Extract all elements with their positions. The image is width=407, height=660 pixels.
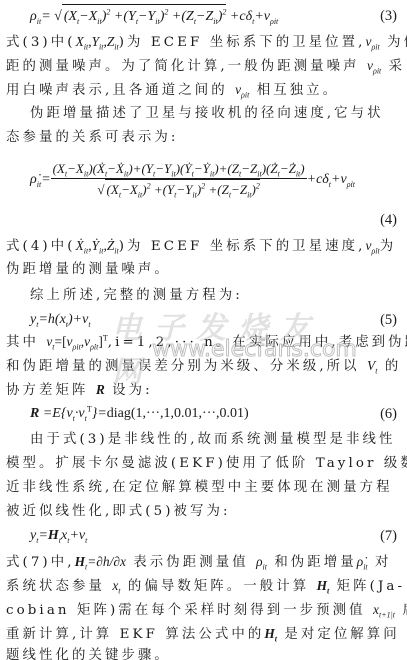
paragraph-line: 被近似线性化,即式(5)被写为:	[6, 502, 399, 522]
paragraph-line: 其中 vt=[vρit,vρ̇it]T,i=1,2,··· n。在实际应用中,考…	[6, 332, 399, 353]
paragraph-line: 模型。扩展卡尔曼滤波(EKF)使用了低阶 Taylor 级数逼	[6, 454, 399, 474]
paper-page: ρit= √(Xt−Xit)2 +(Yt−Yit)2 +(Zt−Zit)2 +c…	[0, 0, 407, 660]
paragraph-line: 式(7)中,Ht=∂h/∂x 表示伪距测量值 ρit 和伪距增量ρ̇it 对	[6, 552, 399, 573]
equation-number: (3)	[380, 4, 397, 28]
paragraph-line: 由于式(3)是非线性的,故而系统测量模型是非线性	[30, 430, 399, 450]
paragraph-line: 重新计算,计算 EKF 算法公式中的Ht 是对定位解算问	[6, 624, 399, 645]
paragraph-line: 态参量的关系可表示为:	[6, 128, 399, 148]
paragraph-line: 式(3)中(Xit,Yit,Zit)为 ECEF 坐标系下的卫星位置,vρit …	[6, 32, 399, 53]
paragraph-line: 用白噪声表示,且各通道之间的 vρit 相互独立。	[6, 80, 399, 101]
equation-7-body: yt=Htxt+vt	[30, 524, 87, 548]
paragraph-line: 伪距增量的测量噪声。	[6, 260, 399, 280]
paragraph-line: 距的测量噪声。为了简化计算,一般伪距测量噪声 vρit 采	[6, 56, 399, 77]
equation-3-body: ρit= √(Xt−Xit)2 +(Yt−Yit)2 +(Zt−Zit)2 +c…	[30, 4, 278, 29]
paragraph-line: 伪距增量描述了卫星与接收机的径向速度,它与状	[30, 104, 399, 124]
equation-3: ρit= √(Xt−Xit)2 +(Yt−Yit)2 +(Zt−Zit)2 +c…	[0, 4, 407, 28]
equation-number: (6)	[380, 402, 397, 426]
paragraph-line: 系统状态参量 xt 的偏导数矩阵。一般计算 Ht 矩阵(Ja-	[6, 576, 399, 597]
equation-4-body: ρ̇it= (Xt−Xit)(Ẋt−Ẋit)+(Yt−Yit)(Ẏt−Ẏit)+…	[30, 160, 355, 200]
equation-6: R =E{vt·vtT}=diag(1,···,1,0.01,···,0.01)…	[0, 402, 407, 426]
paragraph-line: 题线性化的关键步骤。	[6, 646, 399, 660]
paragraph-line: 近非线性系统,在定位解算模型中主要体现在测量方程	[6, 478, 399, 498]
equation-6-body: R =E{vt·vtT}=diag(1,···,1,0.01,···,0.01)	[30, 402, 249, 426]
equation-5-body: yt=h(xt)+vt	[30, 308, 91, 332]
equation-number: (7)	[380, 524, 397, 548]
equation-number: (5)	[380, 308, 397, 332]
paragraph-line: 综上所述,完整的测量方程为:	[30, 286, 399, 306]
equation-5: yt=h(xt)+vt (5)	[0, 308, 407, 332]
equation-4: ρ̇it= (Xt−Xit)(Ẋt−Ẋit)+(Yt−Yit)(Ẏt−Ẏit)+…	[0, 160, 407, 208]
paragraph-line: 协方差矩阵 R 设为:	[6, 380, 399, 401]
equation-4-number-row: (4)	[0, 208, 407, 232]
paragraph-line: 和伪距增量的测量误差分别为米级、分米级,所以 Vt 的	[6, 356, 399, 377]
equation-7: yt=Htxt+vt (7)	[0, 524, 407, 548]
paragraph-line: 式(4)中(Ẋit,Ẏit,Żit)为 ECEF 坐标系下的卫星速度,vρ̇it…	[6, 236, 399, 257]
paragraph-line: cobian 矩阵)需在每个采样时刻得到一步预测值 xt+1|t 后	[6, 600, 399, 621]
equation-number: (4)	[380, 208, 397, 232]
